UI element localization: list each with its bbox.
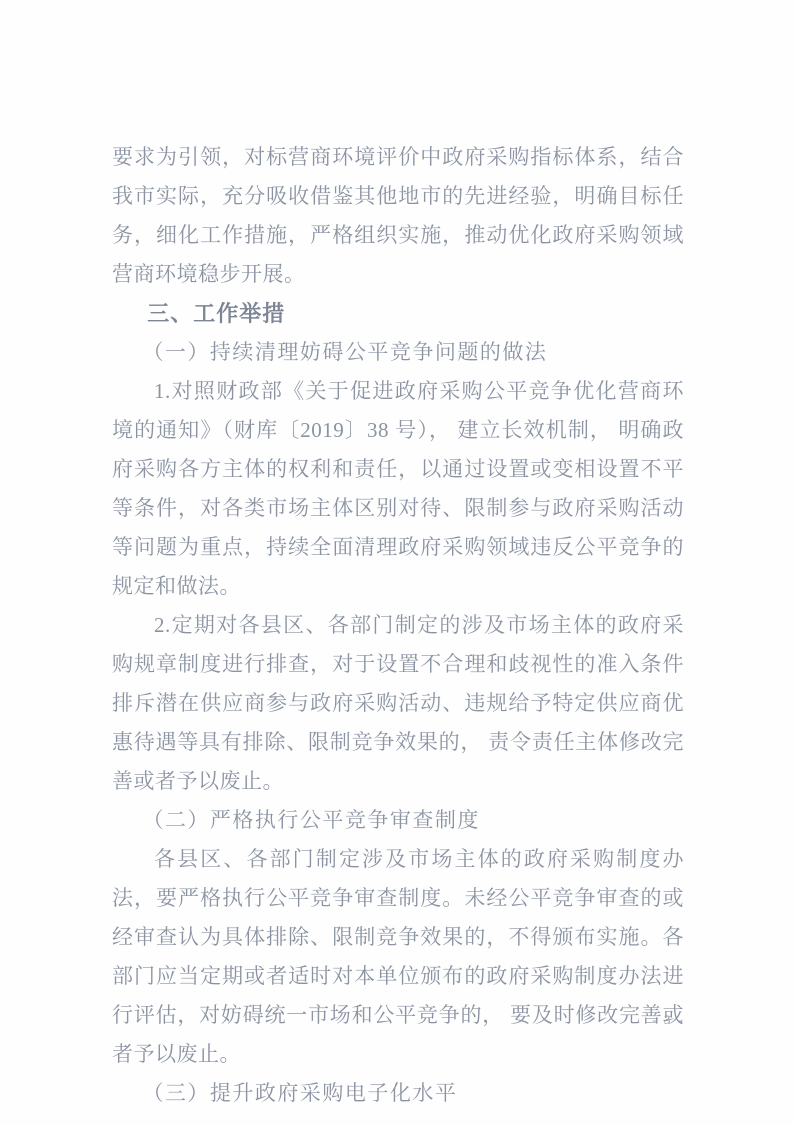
paragraph-item-1: 1.对照财政部《关于促进政府采购公平竞争优化营商环境的通知》（财库〔2019〕3… <box>112 372 684 606</box>
paragraph-item-3: 各县区、各部门制定涉及市场主体的政府采购制度办法，要严格执行公平竞争审查制度。未… <box>112 840 684 1074</box>
document-page: 要求为引领，对标营商环境评价中政府采购指标体系，结合我市实际，充分吸收借鉴其他地… <box>0 0 794 1125</box>
subsection-heading-2: （二）严格执行公平竞争审查制度 <box>112 801 684 840</box>
document-body: 要求为引领，对标营商环境评价中政府采购指标体系，结合我市实际，充分吸收借鉴其他地… <box>112 138 684 1113</box>
subsection-heading-3: （三）提升政府采购电子化水平 <box>112 1074 684 1113</box>
page-number: - 3 - <box>652 1012 684 1028</box>
paragraph-continuation: 要求为引领，对标营商环境评价中政府采购指标体系，结合我市实际，充分吸收借鉴其他地… <box>112 138 684 294</box>
subsection-heading-1: （一）持续清理妨碍公平竞争问题的做法 <box>112 333 684 372</box>
paragraph-item-2: 2.定期对各县区、各部门制定的涉及市场主体的政府采购规章制度进行排查，对于设置不… <box>112 606 684 801</box>
section-heading-work-measures: 三、工作举措 <box>112 294 684 333</box>
